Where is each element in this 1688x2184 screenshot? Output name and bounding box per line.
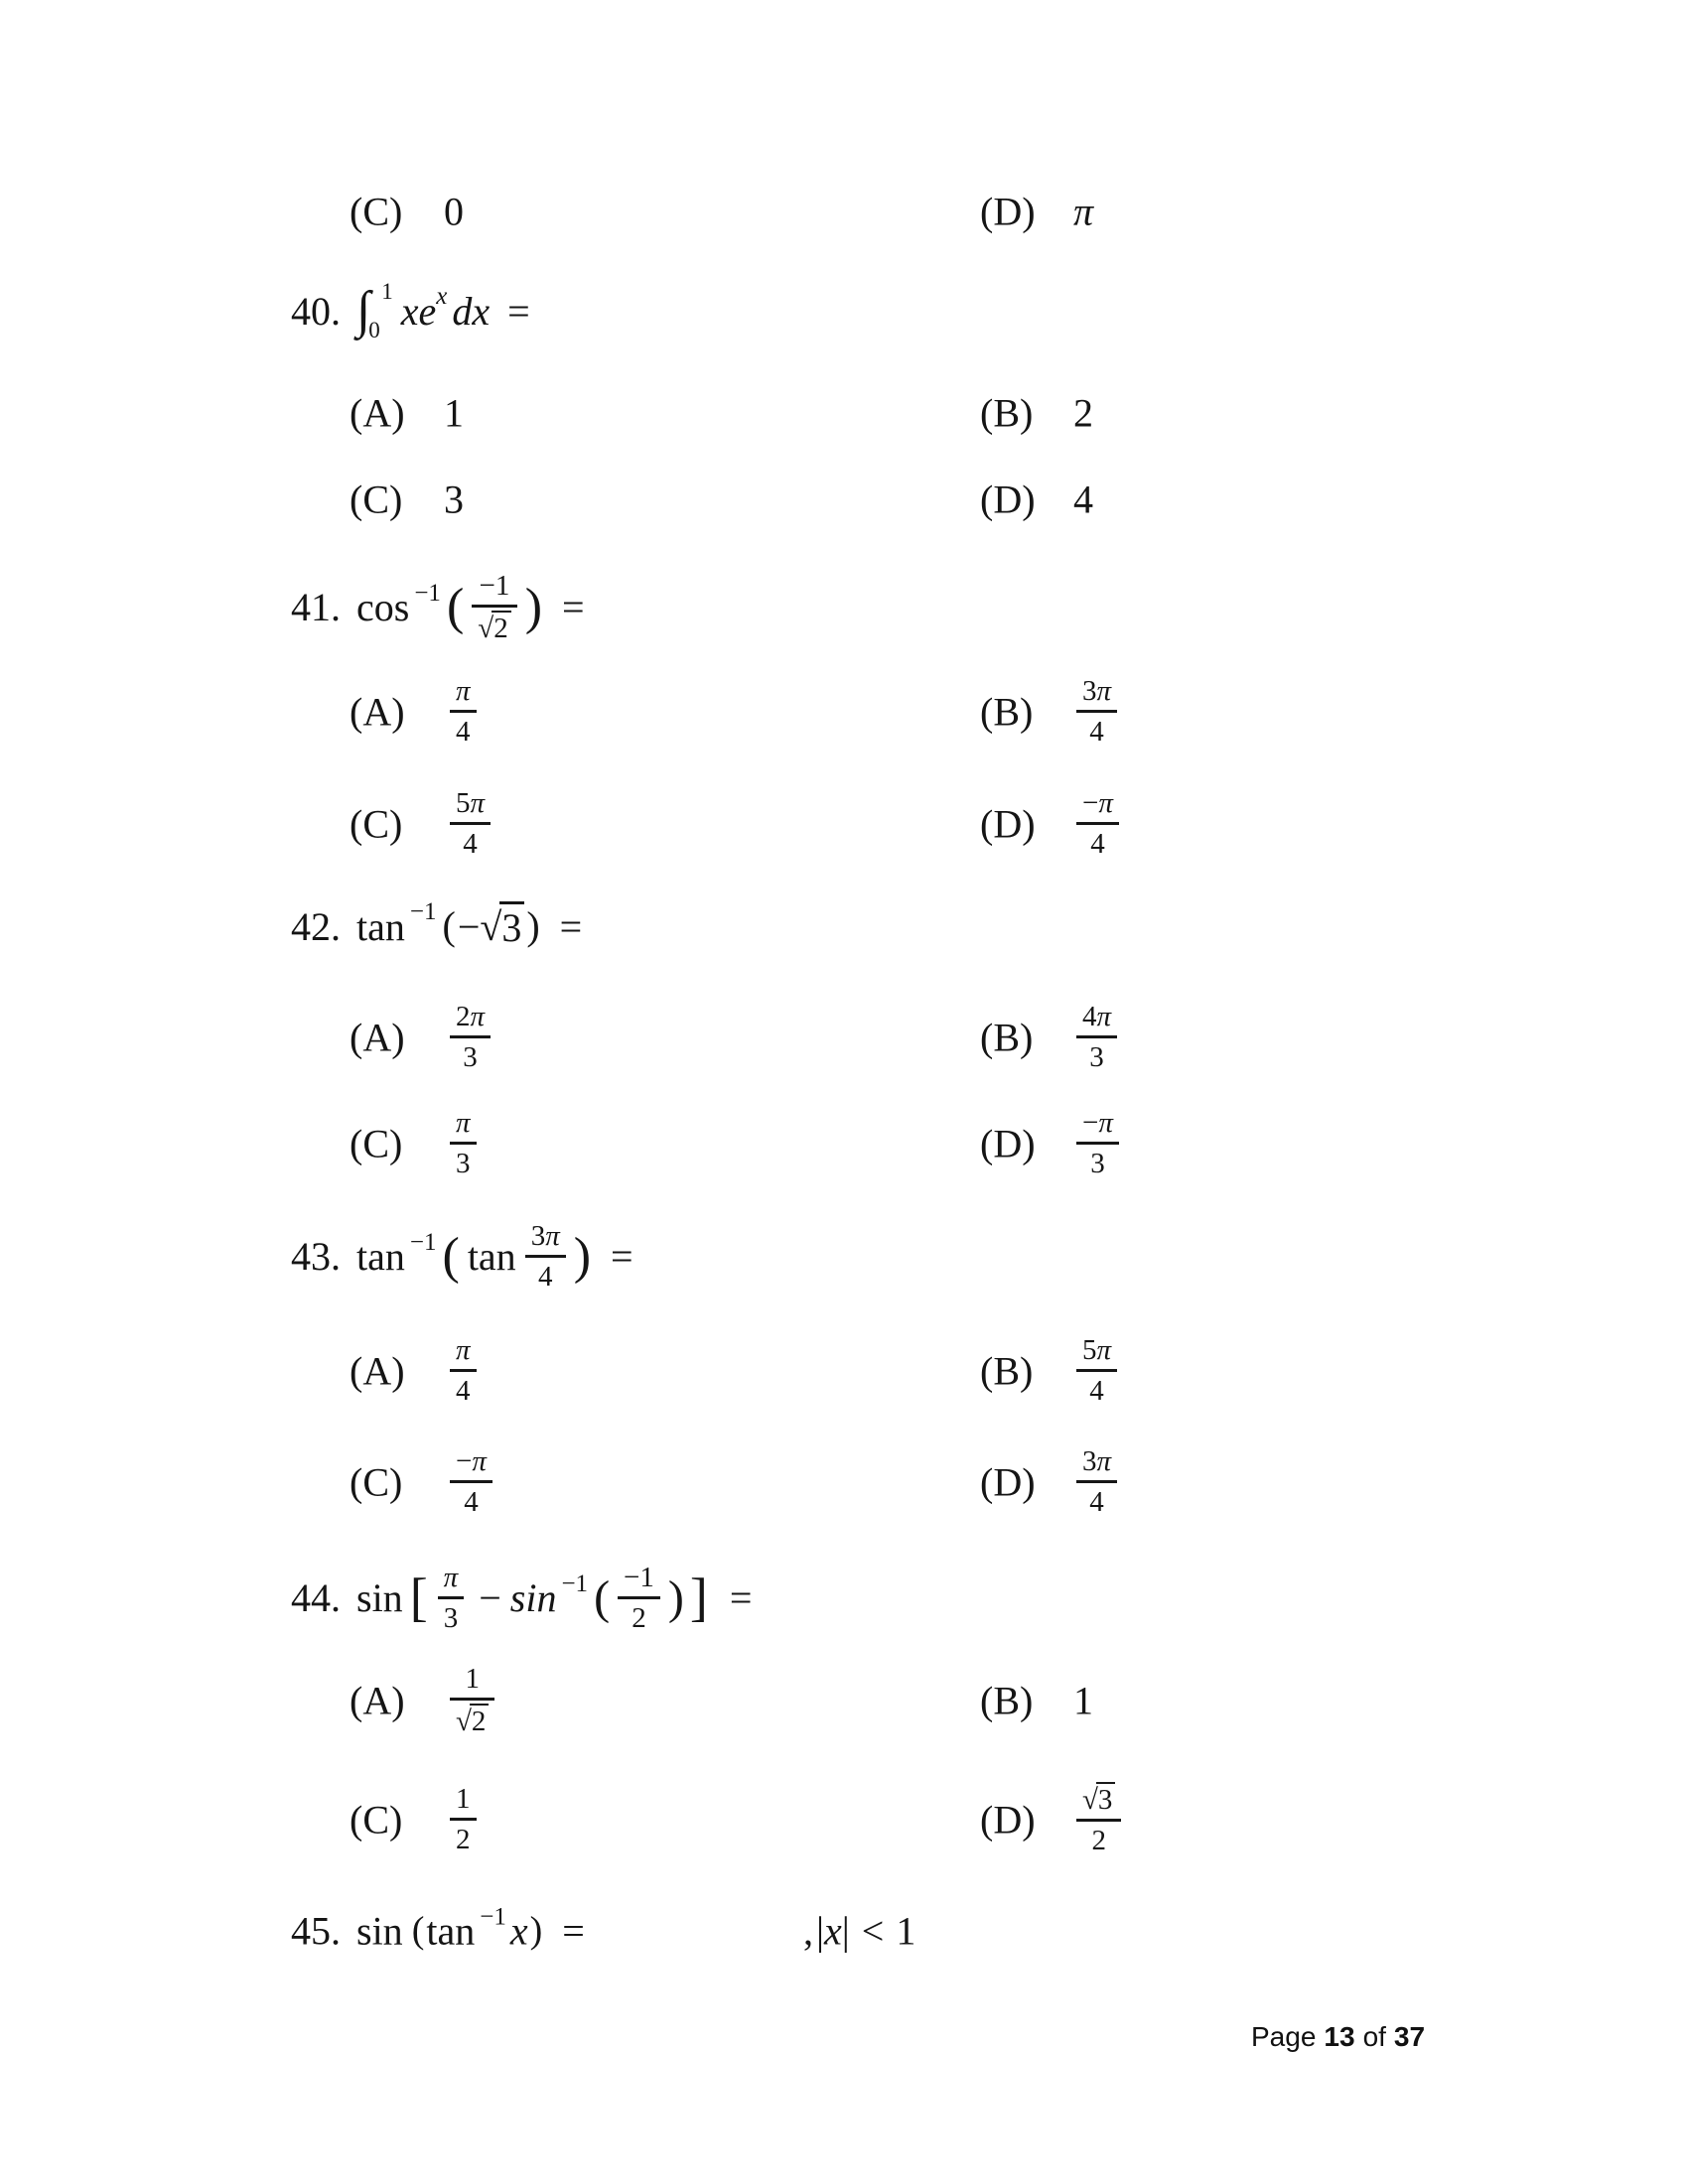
function-tan: tan — [356, 1234, 405, 1281]
option-value-d: −π 3 — [1070, 1107, 1125, 1180]
function-cos: cos — [356, 585, 409, 631]
option-value-a: π 4 — [444, 1334, 483, 1408]
function-sin: sin — [356, 1908, 403, 1955]
fraction-denominator: 2 — [618, 1597, 660, 1635]
fraction-denominator: √2 — [450, 1699, 494, 1738]
question-number: 45. — [291, 1908, 341, 1955]
equals-sign: = — [611, 1234, 633, 1281]
inverse-superscript: −1 — [410, 1229, 437, 1257]
option-label-d: (D) — [980, 477, 1036, 523]
fraction-denominator: 4 — [1076, 823, 1119, 861]
fraction-numerator: −1 — [472, 570, 516, 605]
differential: dx — [452, 288, 490, 335]
fraction-numerator: 2π — [450, 1001, 491, 1035]
question-42-expression: 42. tan −1 ( − √ 3 ) = — [291, 901, 582, 951]
equals-sign: = — [730, 1575, 753, 1622]
fraction-numerator: 3π — [525, 1220, 566, 1255]
option-value-c: 5π 4 — [444, 787, 496, 861]
fraction: −1 2 — [618, 1562, 660, 1635]
fraction-denominator: 4 — [450, 1481, 492, 1519]
fraction-denominator: 4 — [1076, 1481, 1117, 1519]
option-value-d: √3 2 — [1070, 1782, 1127, 1857]
fraction: −π 4 — [1076, 787, 1119, 861]
minus-sign: − — [479, 1575, 501, 1622]
option-value-c: −π 4 — [444, 1445, 498, 1519]
fraction-numerator: 5π — [1076, 1334, 1117, 1369]
fraction-numerator: 4π — [1076, 1001, 1117, 1035]
function-tan-inner: tan — [468, 1234, 516, 1281]
fraction: π 3 — [438, 1562, 465, 1635]
fraction-numerator: 3π — [1076, 1445, 1117, 1480]
fraction-numerator: 3π — [1076, 675, 1117, 710]
fraction: 1 √2 — [450, 1663, 494, 1738]
sqrt-radicand: 2 — [470, 1705, 490, 1738]
fraction-numerator: −1 — [618, 1562, 660, 1596]
option-label-d: (D) — [980, 1459, 1036, 1506]
option-value-c: 0 — [444, 189, 464, 235]
sqrt-radicand: 3 — [499, 901, 524, 951]
fraction: −π 4 — [450, 1445, 492, 1519]
integral-upper-limit: 1 — [381, 280, 393, 303]
option-label-c: (C) — [350, 801, 402, 848]
option-label-c: (C) — [350, 477, 402, 523]
integral-limits: 1 0 — [372, 280, 393, 341]
option-label-b: (B) — [980, 1678, 1033, 1724]
equals-sign: = — [560, 903, 583, 950]
of-label: of — [1363, 2021, 1386, 2053]
abs-bar-close: | — [842, 1908, 850, 1955]
option-value-c: 3 — [444, 477, 464, 523]
fraction-numerator: 1 — [450, 1663, 494, 1698]
fraction-numerator: π — [450, 1334, 477, 1369]
sqrt-radicand: 2 — [492, 612, 511, 645]
option-label-a: (A) — [350, 1348, 405, 1395]
function-tan-inner: tan — [426, 1908, 475, 1955]
option-label-b: (B) — [980, 1015, 1033, 1061]
question-40-expression: 40. ∫ 1 0 x e x dx = — [291, 280, 530, 341]
less-than-sign: < — [862, 1908, 885, 1955]
inverse-superscript: −1 — [480, 1903, 506, 1931]
fraction: π 3 — [450, 1107, 477, 1180]
page-label: Page — [1251, 2021, 1316, 2053]
question-number: 43. — [291, 1234, 341, 1281]
option-value-a: 1 — [444, 390, 464, 437]
option-value-b: 1 — [1073, 1678, 1093, 1724]
option-label-c: (C) — [350, 1797, 402, 1843]
fraction-denominator: 2 — [450, 1819, 477, 1856]
integral: ∫ 1 0 — [356, 280, 393, 341]
close-paren: ) — [530, 1916, 543, 1946]
option-label-d: (D) — [980, 1797, 1036, 1843]
close-paren: ) — [574, 1236, 591, 1278]
inverse-superscript: −1 — [561, 1570, 588, 1598]
close-paren: ) — [668, 1579, 684, 1617]
fraction: √3 2 — [1076, 1782, 1121, 1857]
equals-sign: = — [562, 585, 585, 631]
close-paren: ) — [525, 587, 542, 628]
integrand-x: x — [401, 288, 419, 335]
option-value-d: 3π 4 — [1070, 1445, 1123, 1519]
option-label-d: (D) — [980, 801, 1036, 848]
fraction-numerator: π — [450, 1107, 477, 1142]
comma: , — [803, 1908, 813, 1955]
fraction-numerator: π — [438, 1562, 465, 1596]
question-number: 42. — [291, 903, 341, 950]
function-sin-inverse: sin — [510, 1575, 557, 1622]
close-paren: ) — [526, 910, 539, 942]
fraction-denominator: 3 — [438, 1597, 465, 1635]
open-paren: ( — [447, 587, 464, 628]
fraction: 1 2 — [450, 1783, 477, 1856]
option-label-c: (C) — [350, 1459, 402, 1506]
option-label-a: (A) — [350, 390, 405, 437]
option-label-c: (C) — [350, 189, 402, 235]
fraction: −π 3 — [1076, 1107, 1119, 1180]
open-paren: ( — [442, 1236, 459, 1278]
total-pages: 37 — [1394, 2021, 1425, 2053]
question-43-expression: 43. tan −1 ( tan 3π 4 ) = — [291, 1220, 633, 1294]
question-41-expression: 41. cos −1 ( −1 √2 ) = — [291, 570, 585, 645]
fraction-denominator: 4 — [1076, 1370, 1117, 1408]
option-label-c: (C) — [350, 1121, 402, 1167]
option-value-b: 3π 4 — [1070, 675, 1123, 749]
option-value-b: 4π 3 — [1070, 1001, 1123, 1074]
option-label-b: (B) — [980, 390, 1033, 437]
function-sin: sin — [356, 1575, 403, 1622]
question-number: 44. — [291, 1575, 341, 1622]
fraction: 3π 4 — [1076, 675, 1117, 749]
fraction: 3π 4 — [1076, 1445, 1117, 1519]
fraction: π 4 — [450, 1334, 477, 1408]
option-value-b: 2 — [1073, 390, 1093, 437]
fraction: −1 √2 — [472, 570, 516, 645]
option-value-a: 1 √2 — [444, 1663, 500, 1738]
abs-variable-x: x — [824, 1908, 842, 1955]
option-label-b: (B) — [980, 689, 1033, 736]
bound-value: 1 — [896, 1908, 915, 1955]
fraction-denominator: √2 — [472, 606, 516, 645]
fraction: 2π 3 — [450, 1001, 491, 1074]
option-value-d: −π 4 — [1070, 787, 1125, 861]
fraction: 5π 4 — [1076, 1334, 1117, 1408]
close-bracket: ] — [690, 1576, 708, 1619]
fraction-numerator: −π — [1076, 1107, 1119, 1142]
option-label-a: (A) — [350, 1015, 405, 1061]
fraction-numerator: √3 — [1076, 1782, 1121, 1819]
fraction-numerator: 5π — [450, 787, 491, 822]
question-number: 40. — [291, 288, 341, 335]
integrand-e: e — [419, 288, 437, 335]
question-44-expression: 44. sin [ π 3 − sin −1 ( −1 2 ) ] = — [291, 1562, 752, 1635]
open-paren: ( — [412, 1916, 425, 1946]
page-number: 13 — [1324, 2021, 1354, 2053]
exam-page: (C) 0 (D) π 40. ∫ 1 0 x e x dx = (A) 1 (… — [0, 0, 1688, 2184]
fraction-denominator: 4 — [450, 823, 491, 861]
fraction-denominator: 3 — [1076, 1143, 1119, 1180]
option-value-c: 1 2 — [444, 1783, 483, 1856]
fraction-denominator: 4 — [525, 1256, 566, 1294]
option-label-b: (B) — [980, 1348, 1033, 1395]
variable-x: x — [510, 1908, 528, 1955]
fraction: 5π 4 — [450, 787, 491, 861]
fraction-numerator: −π — [450, 1445, 492, 1480]
exponent: x — [436, 283, 447, 311]
integral-lower-limit: 0 — [368, 319, 393, 341]
minus-sign: − — [458, 903, 481, 950]
open-bracket: [ — [410, 1576, 428, 1619]
fraction-denominator: 3 — [450, 1143, 477, 1180]
sqrt-icon: √ — [480, 903, 501, 950]
open-paren: ( — [442, 910, 455, 942]
page-footer: Page 13 of 37 — [1251, 2021, 1425, 2053]
equals-sign: = — [507, 288, 530, 335]
inverse-superscript: −1 — [410, 898, 437, 926]
inverse-superscript: −1 — [414, 580, 441, 608]
option-value-b: 5π 4 — [1070, 1334, 1123, 1408]
fraction: 3π 4 — [525, 1220, 566, 1294]
equals-sign: = — [562, 1908, 585, 1955]
fraction-numerator: 1 — [450, 1783, 477, 1818]
fraction-numerator: π — [450, 675, 477, 710]
fraction-denominator: 4 — [1076, 711, 1117, 749]
question-45-condition: , | x | < 1 — [803, 1908, 915, 1955]
option-value-a: 2π 3 — [444, 1001, 496, 1074]
fraction-denominator: 4 — [450, 711, 477, 749]
fraction-denominator: 3 — [1076, 1036, 1117, 1074]
fraction-denominator: 2 — [1076, 1820, 1121, 1857]
fraction: π 4 — [450, 675, 477, 749]
fraction-denominator: 4 — [450, 1370, 477, 1408]
function-tan: tan — [356, 903, 405, 950]
fraction-denominator: 3 — [450, 1036, 491, 1074]
option-label-a: (A) — [350, 689, 405, 736]
fraction: 4π 3 — [1076, 1001, 1117, 1074]
option-label-d: (D) — [980, 1121, 1036, 1167]
option-value-a: π 4 — [444, 675, 483, 749]
option-value-d: 4 — [1073, 477, 1093, 523]
question-number: 41. — [291, 585, 341, 631]
option-label-d: (D) — [980, 189, 1036, 235]
open-paren: ( — [594, 1579, 610, 1617]
fraction-numerator: −π — [1076, 787, 1119, 822]
option-value-c: π 3 — [444, 1107, 483, 1180]
abs-bar-open: | — [816, 1908, 824, 1955]
question-45-expression: 45. sin ( tan −1 x ) = — [291, 1908, 585, 1955]
sqrt-radicand: 3 — [1096, 1782, 1116, 1816]
option-label-a: (A) — [350, 1678, 405, 1724]
option-value-d: π — [1073, 189, 1093, 235]
